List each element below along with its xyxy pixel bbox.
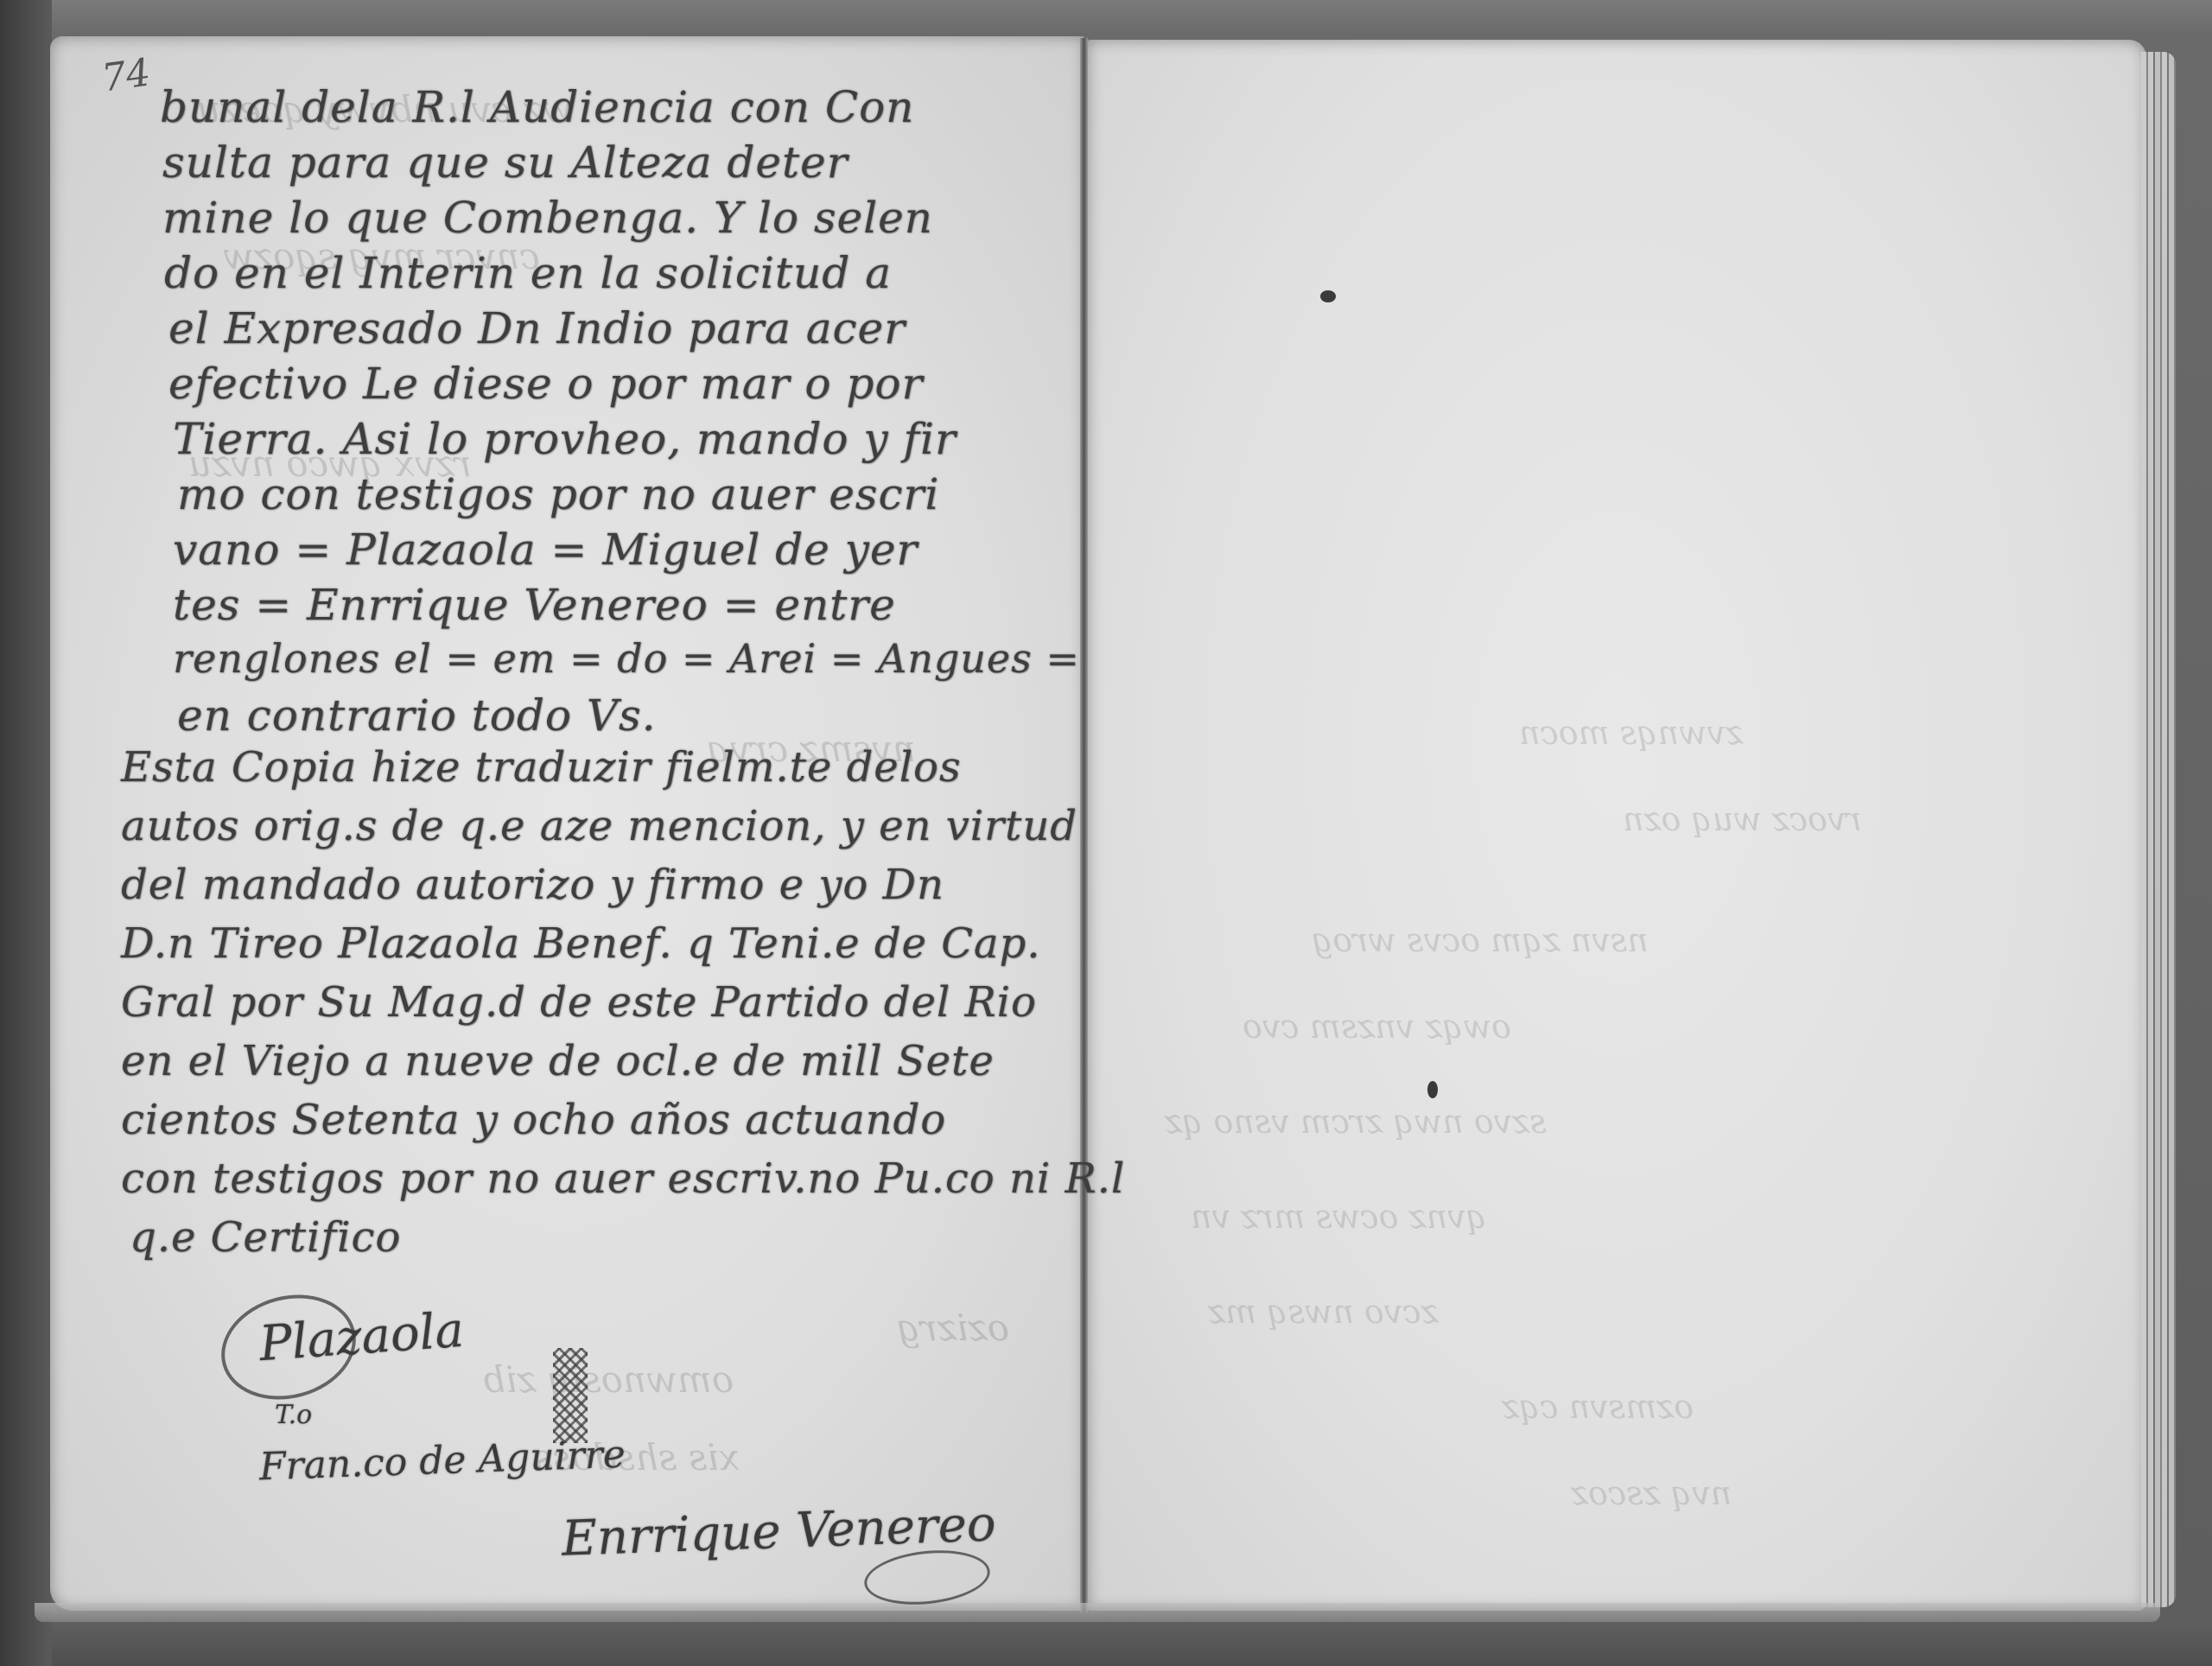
binding-shadow: [0, 0, 52, 1666]
bleed-through-text: ozizrg: [897, 1307, 1009, 1349]
bleed-through-text: rzvx qwco nvzu: [188, 442, 472, 485]
right-page: zvwnqs mocn rvocz wuq ozn nsvn zqm ocvs …: [1087, 40, 2146, 1611]
left-page: wz cvu nbvwy qoezu cnvcr mvg sqozw rzvx …: [50, 36, 1085, 1611]
bleed-through-text: wz cvu nbvwy qoezu: [197, 88, 574, 130]
book-gutter: [1080, 38, 1088, 1612]
bleed-through-text: cnvcr mvg sqozw: [223, 235, 540, 277]
bleed-through-text: qvnz ocws mrz vn: [1191, 1198, 1487, 1236]
bleed-through-text: zvwnqs mocn: [1519, 714, 1743, 752]
ink-spot: [1427, 1081, 1438, 1098]
bleed-through-text: nvsmz crvq: [707, 728, 916, 770]
bleed-through-text: rvocz wuq ozn: [1623, 800, 1862, 838]
ink-spot: [1320, 290, 1336, 302]
bleed-through-text: ozmsvn cqz: [1502, 1388, 1694, 1426]
page-bottom-edge: [35, 1603, 2160, 1622]
bleed-through-text: nsvn zqm ocvs wrog: [1312, 921, 1649, 959]
page-stack-edge: [2141, 52, 2176, 1607]
bleed-through-text: xis shsdoss: [534, 1436, 739, 1478]
bleed-through-text: omwnosiq zib: [482, 1358, 734, 1401]
bleed-through-text: owqz vnzsm cvo: [1243, 1008, 1511, 1046]
bleed-through-text: zcvo nwsq mz: [1208, 1293, 1439, 1331]
bleed-through-text: szvo nwq zrcm vsno qz: [1165, 1103, 1547, 1141]
bleed-through-text: nvq zscoz: [1571, 1474, 1732, 1512]
